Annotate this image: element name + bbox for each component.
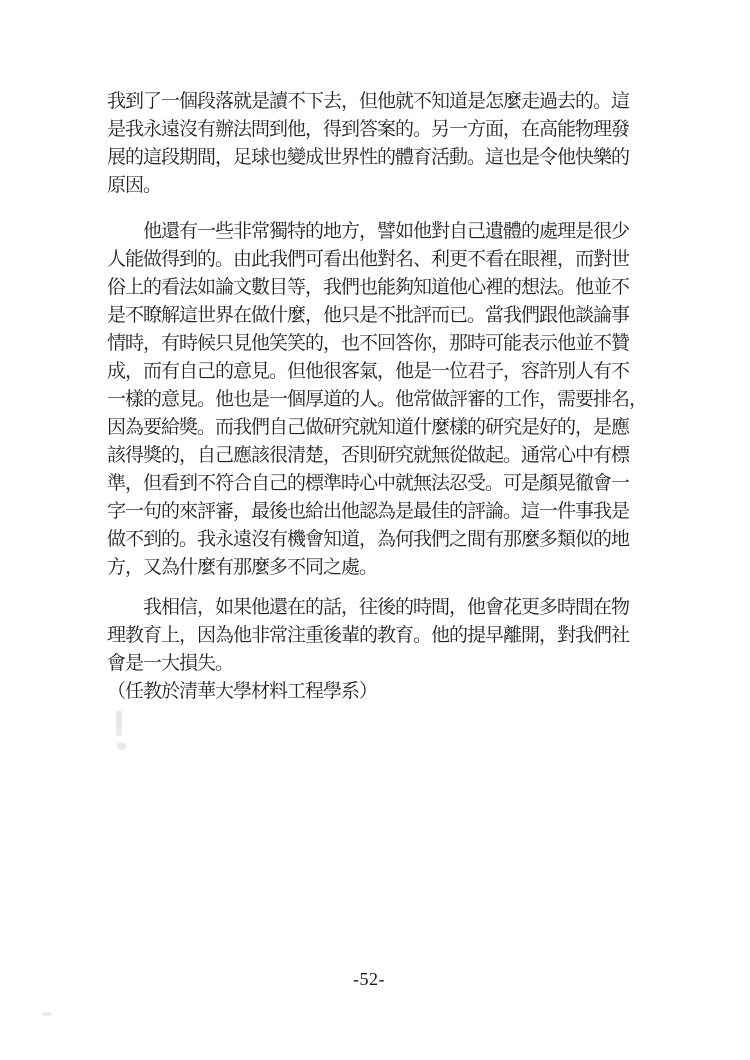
body-text-block: 我到了一個段落就是讀不下去，但他就不知道是怎麼走過去的。這是我永遠沒有辦法問到他… <box>107 88 627 706</box>
text-line: 是不瞭解這世界在做什麼，他只是不批評而已。當我們跟他談論事 <box>107 302 627 330</box>
scanned-document-page: 我到了一個段落就是讀不下去，但他就不知道是怎麼走過去的。這是我永遠沒有辦法問到他… <box>0 0 750 1060</box>
page-number: -52- <box>0 969 738 990</box>
paragraph-1: 我到了一個段落就是讀不下去，但他就不知道是怎麼走過去的。這是我永遠沒有辦法問到他… <box>107 88 627 200</box>
text-line: 原因。 <box>107 172 627 200</box>
text-line: 因為要給獎。而我們自己做研究就知道什麼樣的研究是好的，是應 <box>107 414 627 442</box>
text-line: 理教育上，因為他非常注重後輩的教育。他的提早離開，對我們社 <box>107 622 627 650</box>
author-affiliation-note: （任教於清華大學材料工程學系） <box>107 678 627 706</box>
paragraph-3: 我相信，如果他還在的話，往後的時間，他會花更多時間在物理教育上，因為他非常注重後… <box>107 594 627 678</box>
scan-artifact <box>116 710 122 736</box>
text-line: 準，但看到不符合自己的標準時心中就無法忍受。可是顏晃徹會一 <box>107 470 627 498</box>
text-line: 情時，有時候只見他笑笑的，也不回答你，那時可能表示他並不贊 <box>107 330 627 358</box>
text-line: 我相信，如果他還在的話，往後的時間，他會花更多時間在物 <box>107 594 627 622</box>
text-line: 他還有一些非常獨特的地方，譬如他對自己遺體的處理是很少 <box>107 218 627 246</box>
scan-artifact <box>117 742 126 750</box>
text-line: 會是一大損失。 <box>107 650 627 678</box>
text-line: 一樣的意見。他也是一個厚道的人。他常做評審的工作，需要排名， <box>107 386 627 414</box>
paragraph-2: 他還有一些非常獨特的地方，譬如他對自己遺體的處理是很少人能做得到的。由此我們可看… <box>107 218 627 582</box>
text-line: （任教於清華大學材料工程學系） <box>107 678 627 706</box>
text-line: 該得獎的，自己應該很清楚，否則研究就無從做起。通常心中有標 <box>107 442 627 470</box>
text-line: 展的這段期間，足球也變成世界性的體育活動。這也是令他快樂的 <box>107 144 627 172</box>
scan-artifact <box>42 1012 52 1016</box>
text-line: 方，又為什麼有那麼多不同之處。 <box>107 554 627 582</box>
text-line: 我到了一個段落就是讀不下去，但他就不知道是怎麼走過去的。這 <box>107 88 627 116</box>
text-line: 俗上的看法如論文數目等，我們也能夠知道他心裡的想法。他並不 <box>107 274 627 302</box>
text-line: 人能做得到的。由此我們可看出他對名、利更不看在眼裡，而對世 <box>107 246 627 274</box>
text-line: 字一句的來評審，最後也給出他認為是最佳的評論。這一件事我是 <box>107 498 627 526</box>
text-line: 成，而有自己的意見。但他很客氣，他是一位君子，容許別人有不 <box>107 358 627 386</box>
text-line: 做不到的。我永遠沒有機會知道，為何我們之間有那麼多類似的地 <box>107 526 627 554</box>
text-line: 是我永遠沒有辦法問到他，得到答案的。另一方面，在高能物理發 <box>107 116 627 144</box>
